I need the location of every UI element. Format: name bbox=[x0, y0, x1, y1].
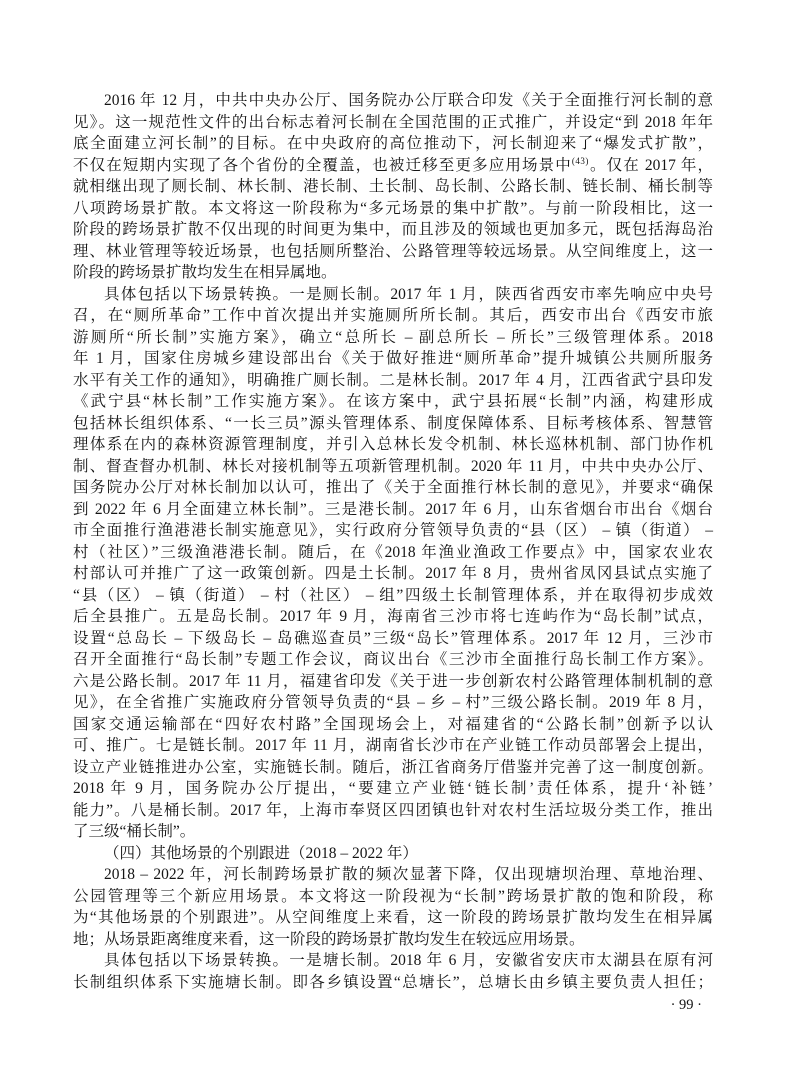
text-line: 村部认可并推广了这一政策创新。四是土长制。2017 年 8 月，贵州省凤冈县试点… bbox=[73, 563, 713, 585]
text-line: 后全县推广。五是岛长制。2017 年 9 月，海南省三沙市将七连屿作为“岛长制”… bbox=[73, 606, 713, 628]
text-line: 召，在“厕所革命”工作中首次提出并实施厕所所长制。其后，西安市出台《西安市旅 bbox=[73, 305, 713, 327]
text-line: 不仅在短期内实现了各个省份的全覆盖，也被迁移至更多应用场景中(43)。仅在 20… bbox=[73, 155, 713, 177]
text-line: 国家交通运输部在“四好农村路”全国现场会上，对福建省的“公路长制”创新予以认 bbox=[73, 714, 713, 736]
text-line: 设置“总岛长 – 下级岛长 – 岛礁巡查员”三级“岛长”管理体系。2017 年 … bbox=[73, 628, 713, 650]
text-line: 村（社区）”三级渔港港长制。随后，在《2018 年渔业渔政工作要点》中，国家农业… bbox=[73, 542, 713, 564]
text-line: 能力”。八是桶长制。2017 年，上海市奉贤区四团镇也针对农村生活垃圾分类工作，… bbox=[73, 800, 713, 822]
journal-page: 2016 年 12 月，中共中央办公厅、国务院办公厅联合印发《关于全面推行河长制… bbox=[0, 0, 794, 1077]
text-line: 《武宁县“林长制”工作实施方案》。在该方案中，武宁县拓展“长制”内涵，构建形成 bbox=[73, 391, 713, 413]
text-line: 理、林业管理等较近场景，也包括厕所整治、公路管理等较远场景。从空间维度上，这一 bbox=[73, 241, 713, 263]
text-line: 国务院办公厅对林长制加以认可，推出了《关于全面推行林长制的意见》，并要求“确保 bbox=[73, 477, 713, 499]
text-line: 八项跨场景扩散。本文将这一阶段称为“多元场景的集中扩散”。与前一阶段相比，这一 bbox=[73, 198, 713, 220]
text-line: 制、督查督办机制、林长对接机制等五项新管理机制。2020 年 11 月，中共中央… bbox=[73, 456, 713, 478]
text-line: 包括林长组织体系、“一长三员”源头管理体系、制度保障体系、目标考核体系、智慧管 bbox=[73, 413, 713, 435]
text-line: 具体包括以下场景转换。一是厕长制。2017 年 1 月，陕西省西安市率先响应中央… bbox=[73, 284, 713, 306]
text-line: 阶段的跨场景扩散不仅出现的时间更为集中，而且涉及的领域也更加多元，既包括海岛治 bbox=[73, 219, 713, 241]
text-line: 2018 – 2022 年，河长制跨场景扩散的频次显著下降，仅出现塘坝治理、草地… bbox=[73, 864, 713, 886]
text-line: 市全面推行渔港港长制实施意见》，实行政府分管领导负责的“县（区） – 镇（街道）… bbox=[73, 520, 713, 542]
text-line: 到 2022 年 6 月全面建立林长制”。三是港长制。2017 年 6 月，山东… bbox=[73, 499, 713, 521]
text-line: 设立产业链推进办公室，实施链长制。随后，浙江省商务厅借鉴并完善了这一制度创新。 bbox=[73, 757, 713, 779]
text-line: 2016 年 12 月，中共中央办公厅、国务院办公厅联合印发《关于全面推行河长制… bbox=[73, 90, 713, 112]
text-line: 具体包括以下场景转换。一是塘长制。2018 年 6 月，安徽省安庆市太湖县在原有… bbox=[73, 950, 713, 972]
text-line: 2018 年 9 月，国务院办公厅提出，“要建立产业链‘链长制’责任体系，提升‘… bbox=[73, 778, 713, 800]
page-number: · 99 · bbox=[671, 995, 702, 1015]
text-line: 水平有关工作的通知》，明确推广厕长制。二是林长制。2017 年 4 月，江西省武… bbox=[73, 370, 713, 392]
text-line: 就相继出现了厕长制、林长制、港长制、土长制、岛长制、公路长制、链长制、桶长制等 bbox=[73, 176, 713, 198]
article-text-block: 2016 年 12 月，中共中央办公厅、国务院办公厅联合印发《关于全面推行河长制… bbox=[73, 90, 713, 993]
text-line: 地；从场景距离维度来看，这一阶段的跨场景扩散均发生在较远应用场景。 bbox=[73, 929, 713, 951]
text-line: 阶段的跨场景扩散均发生在相异属地。 bbox=[73, 262, 713, 284]
text-line: 年 1 月，国家住房城乡建设部出台《关于做好推进“厕所革命”提升城镇公共厕所服务 bbox=[73, 348, 713, 370]
text-line-segment: 不仅在短期内实现了各个省份的全覆盖，也被迁移至更多应用场景中 bbox=[73, 157, 572, 174]
text-line: 可、推广。七是链长制。2017 年 11 月，湖南省长沙市在产业链工作动员部署会… bbox=[73, 735, 713, 757]
text-line: 见》，在全省推广实施政府分管领导负责的“县 – 乡 – 村”三级公路长制。201… bbox=[73, 692, 713, 714]
text-line: 理体系在内的森林资源管理制度，并引入总林长发令机制、林长巡林机制、部门协作机 bbox=[73, 434, 713, 456]
text-line: “县（区） – 镇（街道） – 村（社区） – 组”四级土长制管理体系，并在取得… bbox=[73, 585, 713, 607]
text-line: 为“其他场景的个别跟进”。从空间维度上来看，这一阶段的跨场景扩散均发生在相异属 bbox=[73, 907, 713, 929]
text-line: 六是公路长制。2017 年 11 月，福建省印发《关于进一步创新农村公路管理体制… bbox=[73, 671, 713, 693]
text-line: 了三级“桶长制”。 bbox=[73, 821, 713, 843]
text-line-segment: 。仅在 2017 年， bbox=[589, 157, 713, 174]
section-heading: （四）其他场景的个别跟进（2018 – 2022 年） bbox=[73, 843, 713, 865]
text-line: 长制组织体系下实施塘长制。即各乡镇设置“总塘长”，总塘长由乡镇主要负责人担任； bbox=[73, 972, 713, 994]
text-line: 公园管理等三个新应用场景。本文将这一阶段视为“长制”跨场景扩散的饱和阶段，称 bbox=[73, 886, 713, 908]
citation-ref: (43) bbox=[572, 156, 589, 166]
text-line: 见》。这一规范性文件的出台标志着河长制在全国范围的正式推广，并设定“到 2018… bbox=[73, 112, 713, 134]
text-line: 底全面建立河长制”的目标。在中央政府的高位推动下，河长制迎来了“爆发式扩散”， bbox=[73, 133, 713, 155]
text-line: 游厕所“所长制”实施方案》，确立“总所长 – 副总所长 – 所长”三级管理体系。… bbox=[73, 327, 713, 349]
text-line: 召开全面推行“岛长制”专题工作会议，商议出台《三沙市全面推行岛长制工作方案》。 bbox=[73, 649, 713, 671]
